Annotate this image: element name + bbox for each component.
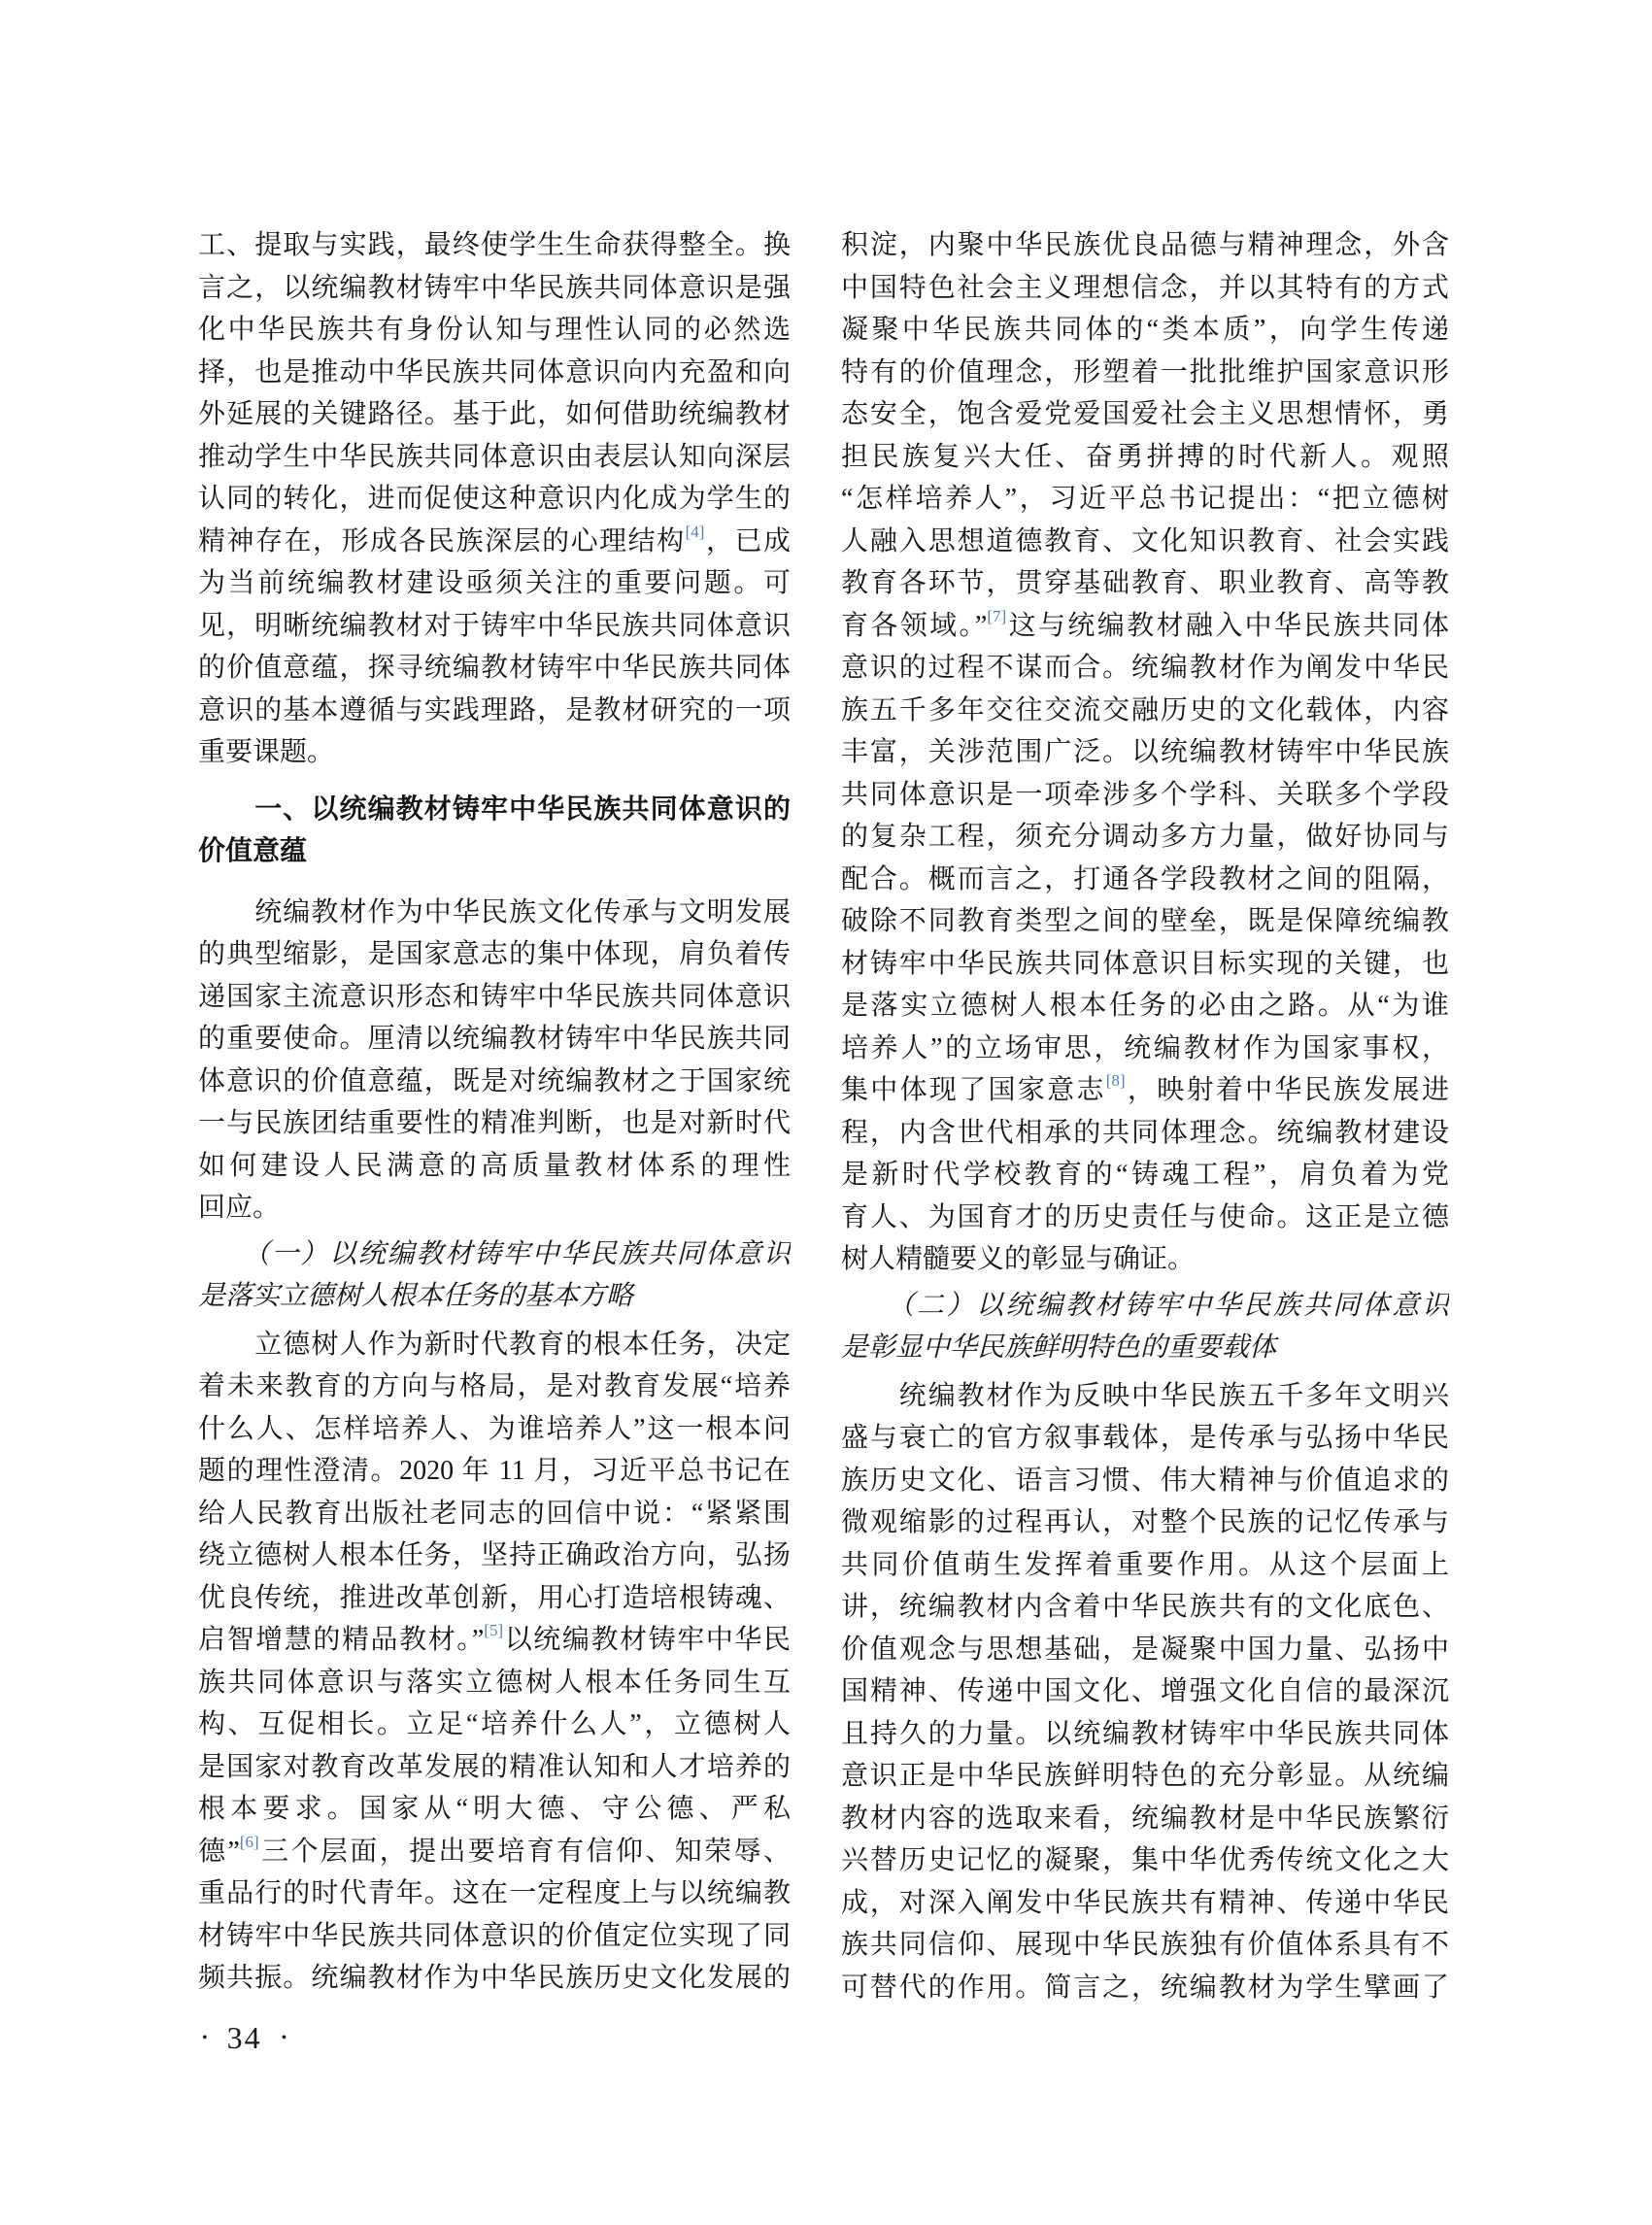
- text-line: 教材内容的选取来看，统编教材是中华民族繁衍: [841, 1798, 1449, 1840]
- text-line: 立德树人作为新时代教育的根本任务，决定: [198, 1324, 791, 1366]
- text-line: 凝聚中华民族共同体的“类本质”，向学生传递: [841, 309, 1449, 352]
- text-line: 人融入思想道德教育、文化知识教育、社会实践: [841, 521, 1449, 563]
- text-line: 族五千多年交往交流交融历史的文化载体，内容: [841, 690, 1449, 732]
- text-line: 育各领域。”[7]这与统编教材融入中华民族共同体: [841, 605, 1449, 648]
- subheading: （二）以统编教材铸牢中华民族共同体意识是彰显中华民族鲜明特色的重要载体: [841, 1285, 1449, 1369]
- right-column: 积淀，内聚中华民族优良品德与精神理念，外含中国特色社会主义理想信念，并以其特有的…: [841, 224, 1449, 2008]
- text-line: 盛与衰亡的官方叙事载体，是传承与弘扬中华民: [841, 1417, 1449, 1460]
- text-line: 为当前统编教材建设亟须关注的重要问题。可: [198, 562, 791, 605]
- page-number: 34: [227, 2020, 262, 2056]
- text-line: “怎样培养人”，习近平总书记提出：“把立德树: [841, 478, 1449, 521]
- text-line: 价值观念与思想基础，是凝聚中国力量、弘扬中: [841, 1629, 1449, 1671]
- text-line: 的复杂工程，须充分调动多方力量，做好协同与: [841, 816, 1449, 859]
- footer-bullet-left-icon: •: [202, 2030, 208, 2047]
- text-line: 配合。概而言之，打通各学段教材之间的阻隔，: [841, 859, 1449, 901]
- text-line: 共同价值萌生发挥着重要作用。从这个层面上: [841, 1544, 1449, 1587]
- text-line: 优良传统，推进改革创新，用心打造培根铸魂、: [198, 1577, 791, 1620]
- subheading: （一）以统编教材铸牢中华民族共同体意识是落实立德树人根本任务的基本方略: [198, 1233, 791, 1318]
- text-line: 一与民族团结重要性的精准判断，也是对新时代: [198, 1102, 791, 1145]
- text-line: （二）以统编教材铸牢中华民族共同体意识: [841, 1285, 1449, 1328]
- text-line: 的价值意蕴，探寻统编教材铸牢中华民族共同体: [198, 647, 791, 690]
- citation-ref-8[interactable]: [8]: [1106, 1071, 1126, 1090]
- text-line: 成，对深入阐发中华民族共有精神、传递中华民: [841, 1882, 1449, 1925]
- text-line: 重要课题。: [198, 731, 791, 774]
- text-line: 精神存在，形成各民族深层的心理结构[4]，已成: [198, 521, 791, 563]
- text-line: 外延展的关键路径。基于此，如何借助统编教材: [198, 393, 791, 436]
- text-line: 重品行的时代青年。这在一定程度上与以统编教: [198, 1872, 791, 1915]
- text-line: 如何建设人民满意的高质量教材体系的理性: [198, 1145, 791, 1188]
- text-line: 递国家主流意识形态和铸牢中华民族共同体意识: [198, 976, 791, 1019]
- text-line: 推动学生中华民族共同体意识由表层认知向深层: [198, 436, 791, 479]
- text-line: 一、以统编教材铸牢中华民族共同体意识的: [198, 788, 791, 830]
- text-line: 频共振。统编教材作为中华民族历史文化发展的: [198, 1957, 791, 2000]
- citation-ref-5[interactable]: [5]: [484, 1621, 503, 1639]
- text-line: 兴替历史记忆的凝聚，集中华优秀传统文化之大: [841, 1839, 1449, 1882]
- text-line: 启智增慧的精品教材。”[5]以统编教材铸牢中华民: [198, 1619, 791, 1662]
- text-line: 微观缩影的过程再认，对整个民族的记忆传承与: [841, 1501, 1449, 1544]
- text-line: 教育各环节，贯穿基础教育、职业教育、高等教: [841, 562, 1449, 605]
- text-line: 共同体意识是一项牵涉多个学科、关联多个学段: [841, 774, 1449, 817]
- text-line: 的重要使命。厘清以统编教材铸牢中华民族共同: [198, 1018, 791, 1061]
- text-line: 态安全，饱含爱党爱国爱社会主义思想情怀，勇: [841, 393, 1449, 436]
- paragraph: 立德树人作为新时代教育的根本任务，决定着未来教育的方向与格局，是对教育发展“培养…: [198, 1324, 791, 2000]
- text-line: 是落实立德树人根本任务的基本方略: [198, 1275, 791, 1318]
- text-line: 意识的基本遵循与实践理路，是教材研究的一项: [198, 690, 791, 732]
- text-line: 程，内含世代相承的共同体理念。统编教材建设: [841, 1112, 1449, 1155]
- paragraph: 统编教材作为中华民族文化传承与文明发展的典型缩影，是国家意志的集中体现，肩负着传…: [198, 892, 791, 1230]
- text-line: 认同的转化，进而促使这种意识内化成为学生的: [198, 478, 791, 521]
- text-line: （一）以统编教材铸牢中华民族共同体意识: [198, 1233, 791, 1276]
- text-line: 且持久的力量。以统编教材铸牢中华民族共同体: [841, 1713, 1449, 1756]
- text-line: 着未来教育的方向与格局，是对教育发展“培养: [198, 1365, 791, 1408]
- text-line: 是彰显中华民族鲜明特色的重要载体: [841, 1327, 1449, 1369]
- text-line: 材铸牢中华民族共同体意识的价值定位实现了同: [198, 1915, 791, 1958]
- citation-ref-4[interactable]: [4]: [686, 523, 705, 541]
- text-line: 化中华民族共有身份认知与理性认同的必然选: [198, 309, 791, 352]
- paragraph: 统编教材作为反映中华民族五千多年文明兴盛与衰亡的官方叙事载体，是传承与弘扬中华民…: [841, 1375, 1449, 2009]
- text-line: 言之，以统编教材铸牢中华民族共同体意识是强: [198, 267, 791, 310]
- text-line: 择，也是推动中华民族共同体意识向内充盈和向: [198, 352, 791, 394]
- text-line: 可替代的作用。简言之，统编教材为学生擘画了: [841, 1967, 1449, 2009]
- text-line: 构、互促相长。立足“培养什么人”，立德树人: [198, 1703, 791, 1746]
- text-line: 见，明晰统编教材对于铸牢中华民族共同体意识: [198, 605, 791, 648]
- text-line: 中国特色社会主义理想信念，并以其特有的方式: [841, 267, 1449, 310]
- text-line: 特有的价值理念，形塑着一批批维护国家意识形: [841, 352, 1449, 394]
- text-line: 破除不同教育类型之间的壁垒，既是保障统编教: [841, 900, 1449, 943]
- text-line: 体意识的价值意蕴，既是对统编教材之于国家统: [198, 1061, 791, 1103]
- text-line: 回应。: [198, 1187, 791, 1230]
- text-line: 树人精髓要义的彰显与确证。: [841, 1238, 1449, 1281]
- text-line: 什么人、怎样培养人、为谁培养人”这一根本问: [198, 1408, 791, 1451]
- text-line: 族共同信仰、展现中华民族独有价值体系具有不: [841, 1924, 1449, 1967]
- text-line: 德”[6]三个层面，提出要培育有信仰、知荣辱、: [198, 1831, 791, 1873]
- text-line: 统编教材作为中华民族文化传承与文明发展: [198, 892, 791, 934]
- text-line: 族历史文化、语言习惯、伟大精神与价值追求的: [841, 1460, 1449, 1502]
- text-line: 给人民教育出版社老同志的回信中说：“紧紧围: [198, 1493, 791, 1535]
- text-line: 意识正是中华民族鲜明特色的充分彰显。从统编: [841, 1755, 1449, 1798]
- text-line: 统编教材作为反映中华民族五千多年文明兴: [841, 1375, 1449, 1418]
- text-line: 题的理性澄清。2020 年 11 月，习近平总书记在: [198, 1450, 791, 1493]
- text-line: 担民族复兴大任、奋勇拼搏的时代新人。观照: [841, 436, 1449, 479]
- text-line: 绕立德树人根本任务，坚持正确政治方向，弘扬: [198, 1534, 791, 1577]
- text-line: 的典型缩影，是国家意志的集中体现，肩负着传: [198, 933, 791, 976]
- text-line: 材铸牢中华民族共同体意识目标实现的关键，也: [841, 943, 1449, 986]
- text-line: 集中体现了国家意志[8]，映射着中华民族发展进: [841, 1069, 1449, 1112]
- page-footer: • 34 •: [202, 2020, 287, 2056]
- footer-bullet-right-icon: •: [282, 2030, 287, 2047]
- left-column: 工、提取与实践，最终使学生生命获得整全。换言之，以统编教材铸牢中华民族共同体意识…: [198, 224, 791, 2000]
- text-line: 是落实立德树人根本任务的必由之路。从“为谁: [841, 985, 1449, 1028]
- text-line: 价值意蕴: [198, 829, 791, 872]
- text-line: 培养人”的立场审思，统编教材作为国家事权，: [841, 1028, 1449, 1070]
- paragraph: 工、提取与实践，最终使学生生命获得整全。换言之，以统编教材铸牢中华民族共同体意识…: [198, 224, 791, 774]
- text-line: 族共同体意识与落实立德树人根本任务同生互: [198, 1662, 791, 1704]
- text-line: 意识的过程不谋而合。统编教材作为阐发中华民: [841, 647, 1449, 690]
- heading: 一、以统编教材铸牢中华民族共同体意识的价值意蕴: [198, 788, 791, 872]
- text-line: 讲，统编教材内含着中华民族共有的文化底色、: [841, 1586, 1449, 1629]
- text-line: 根本要求。国家从“明大德、守公德、严私: [198, 1788, 791, 1831]
- text-line: 丰富，关涉范围广泛。以统编教材铸牢中华民族: [841, 731, 1449, 774]
- citation-ref-7[interactable]: [7]: [987, 607, 1006, 625]
- citation-ref-6[interactable]: [6]: [240, 1833, 259, 1851]
- text-line: 是新时代学校教育的“铸魂工程”，肩负着为党: [841, 1154, 1449, 1197]
- text-line: 育人、为国育才的历史责任与使命。这正是立德: [841, 1197, 1449, 1239]
- text-line: 工、提取与实践，最终使学生生命获得整全。换: [198, 224, 791, 267]
- paragraph: 积淀，内聚中华民族优良品德与精神理念，外含中国特色社会主义理想信念，并以其特有的…: [841, 224, 1449, 1281]
- text-line: 国精神、传递中国文化、增强文化自信的最深沉: [841, 1670, 1449, 1713]
- text-line: 积淀，内聚中华民族优良品德与精神理念，外含: [841, 224, 1449, 267]
- text-line: 是国家对教育改革发展的精准认知和人才培养的: [198, 1746, 791, 1789]
